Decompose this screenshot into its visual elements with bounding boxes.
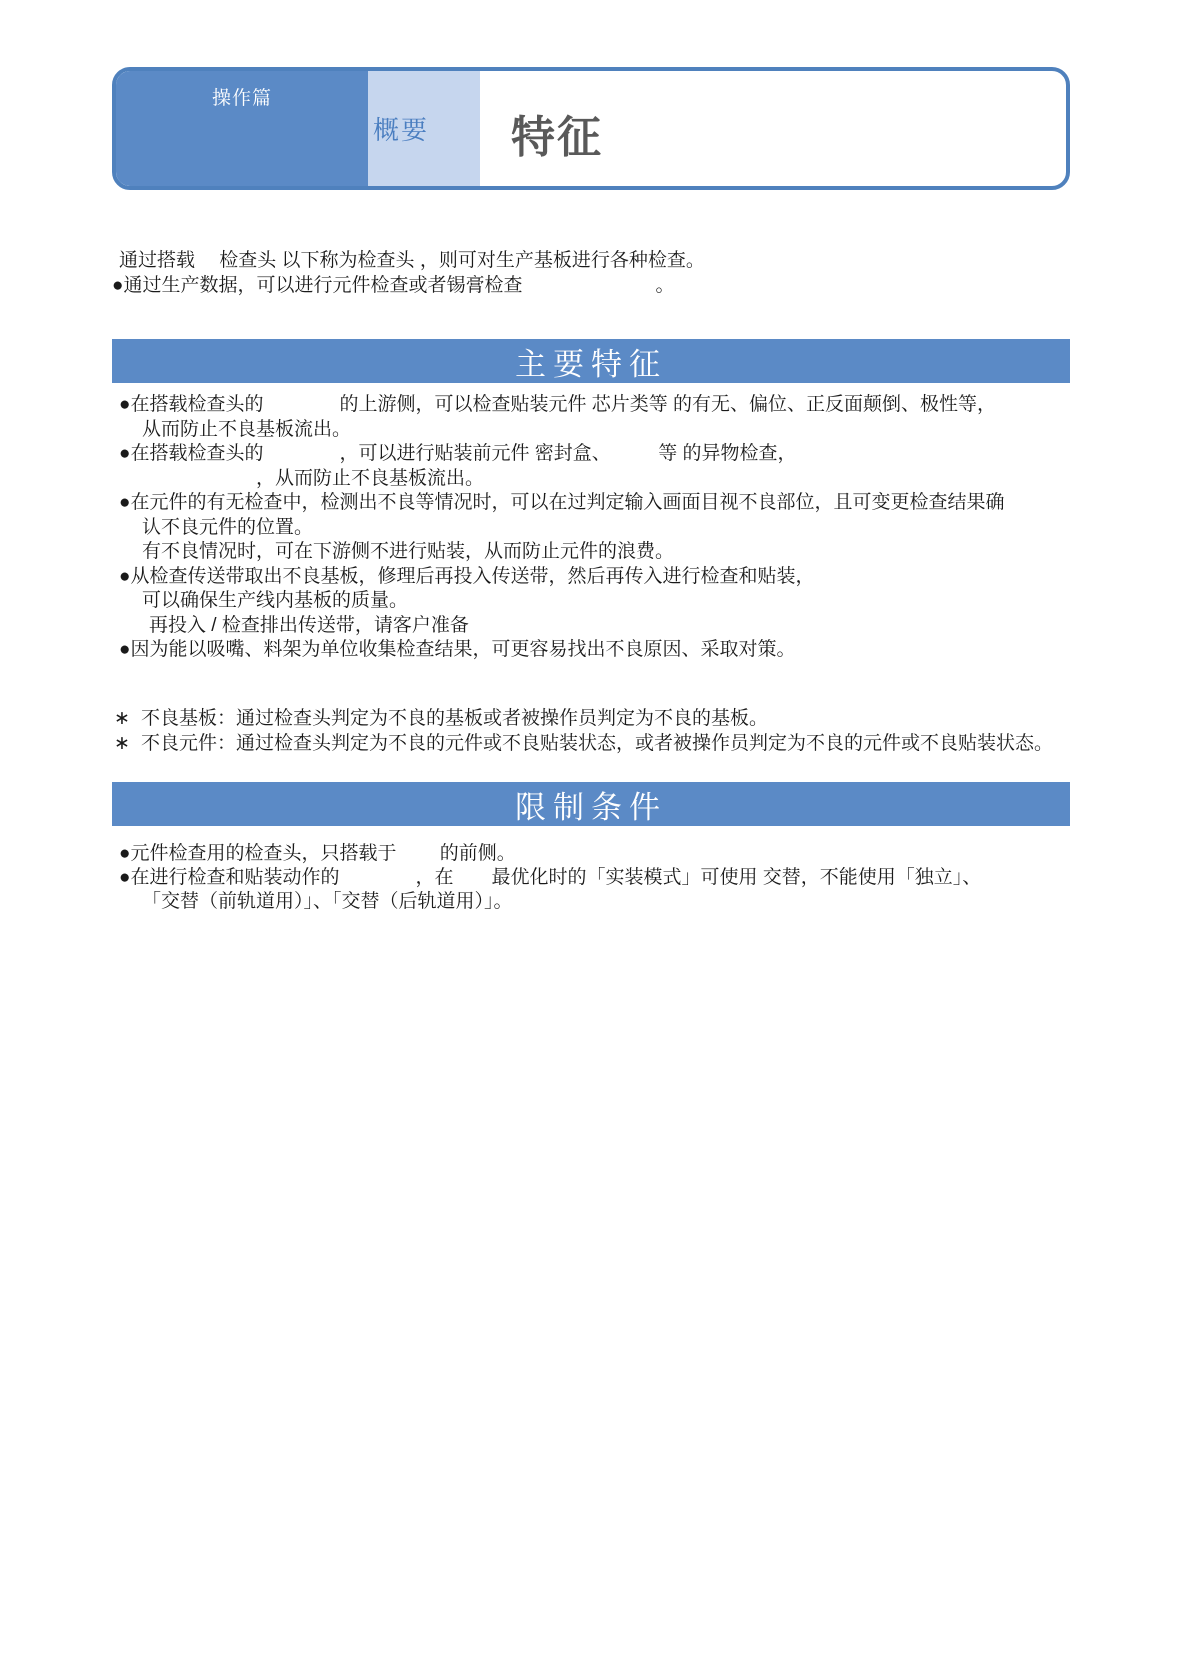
- footnote-text: 不良元件：通过检查头判定为不良的元件或不良贴装状态，或者被操作员判定为不良的元件…: [141, 732, 1053, 757]
- feature-line: 再投入 / 检查排出传送带，请客户准备: [112, 614, 1122, 639]
- section-tab-label: 概要: [368, 110, 429, 147]
- feature-line: 可以确保生产线内基板的质量。: [112, 589, 1122, 614]
- asterisk-marker: ∗: [112, 707, 141, 732]
- restrictions-list: ●元件检查用的检查头，只搭载于 的前侧。●在进行检查和贴装动作的 ，在 最优化时…: [112, 842, 1122, 914]
- section-header-restrictions: 限制条件: [112, 782, 1070, 826]
- feature-line: ●在搭载检查头的 的上游侧，可以检查贴装元件 芯片类等 的有无、偏位、正反面颠倒…: [112, 393, 1122, 418]
- footnote-line: ∗ 不良元件：通过检查头判定为不良的元件或不良贴装状态，或者被操作员判定为不良的…: [112, 732, 1122, 757]
- feature-line: ●因为能以吸嘴、料架为单位收集检查结果，可更容易找出不良原因、采取对策。: [112, 638, 1122, 663]
- section-tab: 概要: [368, 71, 480, 186]
- feature-line: ●在搭载检查头的 ，可以进行贴装前元件 密封盒、 等 的异物检查，: [112, 442, 1122, 467]
- asterisk-marker: ∗: [112, 732, 141, 757]
- chapter-label: 操作篇: [116, 83, 368, 110]
- main-features-header-label: 主要特征: [515, 339, 667, 384]
- restriction-line: ●在进行检查和贴装动作的 ，在 最优化时的「实装模式」可使用 交替，不能使用「独…: [112, 866, 1122, 890]
- page-title: 特征: [511, 101, 603, 165]
- feature-line: 有不良情况时，可在下游侧不进行贴装，从而防止元件的浪费。: [112, 540, 1122, 565]
- restriction-line: 「交替（前轨道用）」、「交替（后轨道用）」。: [112, 890, 1122, 914]
- footnote-text: 不良基板：通过检查头判定为不良的基板或者被操作员判定为不良的基板。: [141, 707, 768, 732]
- footnote-line: ∗ 不良基板：通过检查头判定为不良的基板或者被操作员判定为不良的基板。: [112, 707, 1122, 732]
- section-header-main-features: 主要特征: [112, 339, 1070, 383]
- intro-line: 通过搭载 检查头 以下称为检查头 ，则可对生产基板进行各种检查。: [112, 248, 1122, 273]
- footnotes: ∗ 不良基板：通过检查头判定为不良的基板或者被操作员判定为不良的基板。 ∗ 不良…: [112, 707, 1122, 756]
- features-list: ●在搭载检查头的 的上游侧，可以检查贴装元件 芯片类等 的有无、偏位、正反面颠倒…: [112, 393, 1122, 663]
- header-banner: 操作篇 概要 特征: [112, 67, 1070, 190]
- feature-line: 认不良元件的位置。: [112, 516, 1122, 541]
- feature-line: ，从而防止不良基板流出。: [112, 467, 1122, 492]
- manual-page: 操作篇 概要 特征 通过搭载 检查头 以下称为检查头 ，则可对生产基板进行各种检…: [0, 0, 1184, 1675]
- feature-line: ●在元件的有无检查中，检测出不良等情况时，可以在过判定输入画面目视不良部位，且可…: [112, 491, 1122, 516]
- feature-line: 从而防止不良基板流出。: [112, 418, 1122, 443]
- restrictions-header-label: 限制条件: [515, 782, 667, 827]
- intro-paragraph: 通过搭载 检查头 以下称为检查头 ，则可对生产基板进行各种检查。●通过生产数据，…: [112, 248, 1122, 298]
- restriction-line: ●元件检查用的检查头，只搭载于 的前侧。: [112, 842, 1122, 866]
- feature-line: ●从检查传送带取出不良基板，修理后再投入传送带，然后再传入进行检查和贴装，: [112, 565, 1122, 590]
- intro-line: ●通过生产数据，可以进行元件检查或者锡膏检查 。: [112, 273, 1122, 298]
